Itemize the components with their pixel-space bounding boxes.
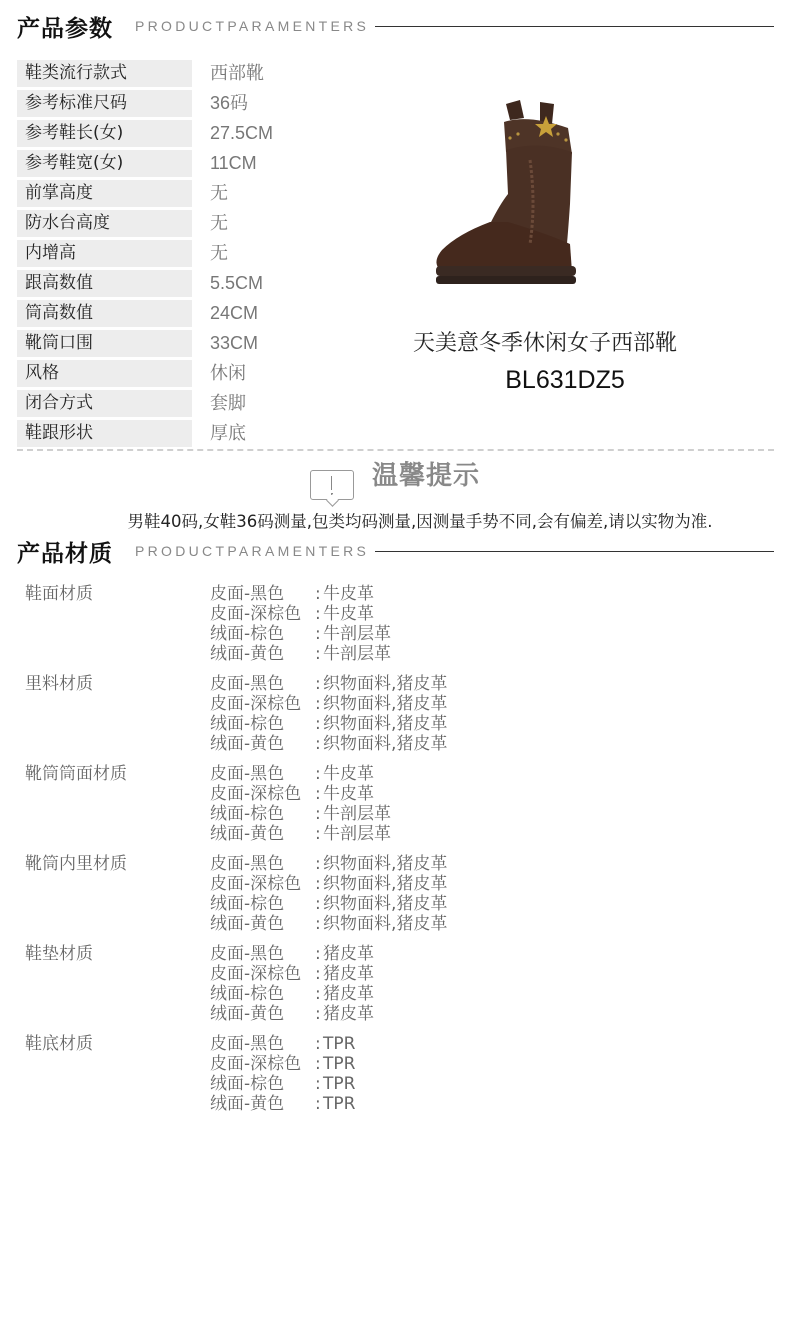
param-row: 前掌高度无 bbox=[17, 180, 377, 210]
param-label: 参考鞋长(女) bbox=[17, 120, 192, 147]
colon-separator: : bbox=[315, 1034, 323, 1054]
material-variant: 皮面-黑色 bbox=[210, 944, 315, 964]
param-value: 33CM bbox=[210, 330, 258, 360]
param-label: 鞋类流行款式 bbox=[17, 60, 192, 87]
material-line: 皮面-黑色:TPR bbox=[210, 1034, 355, 1054]
param-label: 靴筒口围 bbox=[17, 330, 192, 357]
materials-list: 鞋面材质皮面-黑色:牛皮革皮面-深棕色:牛皮革绒面-棕色:牛剖层革绒面-黄色:牛… bbox=[25, 584, 765, 1124]
material-group: 里料材质皮面-黑色:织物面料,猪皮革皮面-深棕色:织物面料,猪皮革绒面-棕色:织… bbox=[25, 674, 765, 754]
material-line: 皮面-深棕色:猪皮革 bbox=[210, 964, 374, 984]
material-value: TPR bbox=[323, 1034, 355, 1054]
colon-separator: : bbox=[315, 644, 323, 664]
param-value: 无 bbox=[210, 210, 228, 240]
material-value: 织物面料,猪皮革 bbox=[323, 914, 447, 934]
material-variant: 皮面-深棕色 bbox=[210, 874, 315, 894]
material-label: 里料材质 bbox=[25, 674, 210, 754]
material-line: 绒面-棕色:猪皮革 bbox=[210, 984, 374, 1004]
material-lines: 皮面-黑色:织物面料,猪皮革皮面-深棕色:织物面料,猪皮革绒面-棕色:织物面料,… bbox=[210, 854, 447, 934]
product-image-boot bbox=[428, 94, 588, 294]
params-section-subtitle: PRODUCTPARAMENTERS bbox=[135, 18, 369, 34]
param-row: 参考鞋宽(女)11CM bbox=[17, 150, 377, 180]
material-value: 织物面料,猪皮革 bbox=[323, 694, 447, 714]
param-value: 厚底 bbox=[210, 420, 246, 450]
dashed-divider bbox=[17, 449, 774, 451]
materials-section-header: 产品材质 PRODUCTPARAMENTERS bbox=[17, 533, 774, 569]
param-row: 鞋类流行款式西部靴 bbox=[17, 60, 377, 90]
material-line: 皮面-黑色:猪皮革 bbox=[210, 944, 374, 964]
material-label: 鞋底材质 bbox=[25, 1034, 210, 1114]
material-line: 绒面-棕色:牛剖层革 bbox=[210, 624, 391, 644]
material-variant: 皮面-深棕色 bbox=[210, 784, 315, 804]
colon-separator: : bbox=[315, 1054, 323, 1074]
material-value: 织物面料,猪皮革 bbox=[323, 714, 447, 734]
material-line: 绒面-黄色:牛剖层革 bbox=[210, 824, 391, 844]
material-variant: 绒面-棕色 bbox=[210, 984, 315, 1004]
colon-separator: : bbox=[315, 1074, 323, 1094]
material-lines: 皮面-黑色:猪皮革皮面-深棕色:猪皮革绒面-棕色:猪皮革绒面-黄色:猪皮革 bbox=[210, 944, 374, 1024]
material-line: 皮面-黑色:牛皮革 bbox=[210, 584, 391, 604]
material-label: 靴筒内里材质 bbox=[25, 854, 210, 934]
material-line: 绒面-棕色:牛剖层革 bbox=[210, 804, 391, 824]
material-label: 靴筒筒面材质 bbox=[25, 764, 210, 844]
material-group: 鞋垫材质皮面-黑色:猪皮革皮面-深棕色:猪皮革绒面-棕色:猪皮革绒面-黄色:猪皮… bbox=[25, 944, 765, 1024]
colon-separator: : bbox=[315, 714, 323, 734]
material-value: 织物面料,猪皮革 bbox=[323, 854, 447, 874]
material-variant: 皮面-黑色 bbox=[210, 1034, 315, 1054]
material-variant: 绒面-棕色 bbox=[210, 624, 315, 644]
colon-separator: : bbox=[315, 894, 323, 914]
param-row: 跟高数值5.5CM bbox=[17, 270, 377, 300]
material-line: 皮面-黑色:织物面料,猪皮革 bbox=[210, 854, 447, 874]
params-section-title: 产品参数 bbox=[17, 10, 113, 43]
tip-title: 温馨提示 bbox=[372, 455, 480, 492]
material-lines: 皮面-黑色:TPR皮面-深棕色:TPR绒面-棕色:TPR绒面-黄色:TPR bbox=[210, 1034, 355, 1114]
material-value: 织物面料,猪皮革 bbox=[323, 734, 447, 754]
params-table: 鞋类流行款式西部靴参考标准尺码36码参考鞋长(女)27.5CM参考鞋宽(女)11… bbox=[17, 60, 377, 450]
material-line: 皮面-深棕色:织物面料,猪皮革 bbox=[210, 874, 447, 894]
material-group: 鞋底材质皮面-黑色:TPR皮面-深棕色:TPR绒面-棕色:TPR绒面-黄色:TP… bbox=[25, 1034, 765, 1114]
material-line: 皮面-黑色:织物面料,猪皮革 bbox=[210, 674, 447, 694]
material-lines: 皮面-黑色:牛皮革皮面-深棕色:牛皮革绒面-棕色:牛剖层革绒面-黄色:牛剖层革 bbox=[210, 584, 391, 664]
param-value: 套脚 bbox=[210, 390, 246, 420]
material-label: 鞋垫材质 bbox=[25, 944, 210, 1024]
param-row: 内增高无 bbox=[17, 240, 377, 270]
param-value: 24CM bbox=[210, 300, 258, 330]
material-value: 牛剖层革 bbox=[323, 644, 391, 664]
material-value: 牛剖层革 bbox=[323, 804, 391, 824]
material-variant: 绒面-棕色 bbox=[210, 804, 315, 824]
material-value: 牛皮革 bbox=[323, 604, 374, 624]
colon-separator: : bbox=[315, 624, 323, 644]
material-variant: 皮面-黑色 bbox=[210, 764, 315, 784]
material-variant: 绒面-黄色 bbox=[210, 914, 315, 934]
material-line: 绒面-黄色:牛剖层革 bbox=[210, 644, 391, 664]
material-variant: 皮面-深棕色 bbox=[210, 604, 315, 624]
params-section-header: 产品参数 PRODUCTPARAMENTERS bbox=[17, 8, 774, 44]
material-value: 织物面料,猪皮革 bbox=[323, 894, 447, 914]
material-variant: 皮面-黑色 bbox=[210, 854, 315, 874]
colon-separator: : bbox=[315, 984, 323, 1004]
material-lines: 皮面-黑色:牛皮革皮面-深棕色:牛皮革绒面-棕色:牛剖层革绒面-黄色:牛剖层革 bbox=[210, 764, 391, 844]
param-value: 休闲 bbox=[210, 360, 246, 390]
material-value: TPR bbox=[323, 1094, 355, 1114]
param-row: 风格休闲 bbox=[17, 360, 377, 390]
material-line: 绒面-黄色:织物面料,猪皮革 bbox=[210, 914, 447, 934]
material-value: 猪皮革 bbox=[323, 1004, 374, 1024]
param-label: 参考标准尺码 bbox=[17, 90, 192, 117]
material-line: 绒面-黄色:猪皮革 bbox=[210, 1004, 374, 1024]
colon-separator: : bbox=[315, 854, 323, 874]
section-divider-line bbox=[375, 551, 774, 552]
material-value: 织物面料,猪皮革 bbox=[323, 674, 447, 694]
colon-separator: : bbox=[315, 824, 323, 844]
param-label: 内增高 bbox=[17, 240, 192, 267]
materials-section-subtitle: PRODUCTPARAMENTERS bbox=[135, 543, 369, 559]
param-label: 跟高数值 bbox=[17, 270, 192, 297]
param-row: 参考鞋长(女)27.5CM bbox=[17, 120, 377, 150]
material-value: TPR bbox=[323, 1054, 355, 1074]
param-value: 36码 bbox=[210, 90, 248, 120]
param-row: 靴筒口围33CM bbox=[17, 330, 377, 360]
material-line: 绒面-棕色:织物面料,猪皮革 bbox=[210, 714, 447, 734]
param-row: 鞋跟形状厚底 bbox=[17, 420, 377, 450]
param-label: 防水台高度 bbox=[17, 210, 192, 237]
product-name: 天美意冬季休闲女子西部靴 bbox=[380, 326, 710, 357]
param-label: 筒高数值 bbox=[17, 300, 192, 327]
colon-separator: : bbox=[315, 604, 323, 624]
param-row: 闭合方式套脚 bbox=[17, 390, 377, 420]
material-lines: 皮面-黑色:织物面料,猪皮革皮面-深棕色:织物面料,猪皮革绒面-棕色:织物面料,… bbox=[210, 674, 447, 754]
material-variant: 皮面-深棕色 bbox=[210, 964, 315, 984]
material-line: 绒面-黄色:TPR bbox=[210, 1094, 355, 1114]
material-value: 猪皮革 bbox=[323, 944, 374, 964]
colon-separator: : bbox=[315, 964, 323, 984]
material-variant: 绒面-黄色 bbox=[210, 1094, 315, 1114]
material-value: 织物面料,猪皮革 bbox=[323, 874, 447, 894]
material-line: 绒面-黄色:织物面料,猪皮革 bbox=[210, 734, 447, 754]
material-group: 靴筒筒面材质皮面-黑色:牛皮革皮面-深棕色:牛皮革绒面-棕色:牛剖层革绒面-黄色… bbox=[25, 764, 765, 844]
material-value: TPR bbox=[323, 1074, 355, 1094]
param-value: 11CM bbox=[210, 150, 257, 180]
material-value: 牛皮革 bbox=[323, 764, 374, 784]
param-row: 参考标准尺码36码 bbox=[17, 90, 377, 120]
product-code: BL631DZ5 bbox=[395, 366, 735, 395]
material-line: 皮面-深棕色:织物面料,猪皮革 bbox=[210, 694, 447, 714]
material-variant: 绒面-黄色 bbox=[210, 1004, 315, 1024]
material-value: 牛皮革 bbox=[323, 584, 374, 604]
param-value: 5.5CM bbox=[210, 270, 263, 300]
material-line: 绒面-棕色:TPR bbox=[210, 1074, 355, 1094]
colon-separator: : bbox=[315, 694, 323, 714]
material-line: 皮面-深棕色:牛皮革 bbox=[210, 784, 391, 804]
material-line: 皮面-深棕色:TPR bbox=[210, 1054, 355, 1074]
material-variant: 皮面-深棕色 bbox=[210, 1054, 315, 1074]
colon-separator: : bbox=[315, 804, 323, 824]
colon-separator: : bbox=[315, 734, 323, 754]
material-value: 猪皮革 bbox=[323, 964, 374, 984]
material-variant: 皮面-黑色 bbox=[210, 584, 315, 604]
material-value: 牛剖层革 bbox=[323, 624, 391, 644]
material-value: 猪皮革 bbox=[323, 984, 374, 1004]
material-line: 皮面-深棕色:牛皮革 bbox=[210, 604, 391, 624]
param-label: 前掌高度 bbox=[17, 180, 192, 207]
colon-separator: : bbox=[315, 784, 323, 804]
materials-section-title: 产品材质 bbox=[17, 535, 113, 568]
colon-separator: : bbox=[315, 584, 323, 604]
colon-separator: : bbox=[315, 1094, 323, 1114]
material-group: 靴筒内里材质皮面-黑色:织物面料,猪皮革皮面-深棕色:织物面料,猪皮革绒面-棕色… bbox=[25, 854, 765, 934]
param-row: 筒高数值24CM bbox=[17, 300, 377, 330]
material-group: 鞋面材质皮面-黑色:牛皮革皮面-深棕色:牛皮革绒面-棕色:牛剖层革绒面-黄色:牛… bbox=[25, 584, 765, 664]
material-variant: 绒面-黄色 bbox=[210, 824, 315, 844]
param-value: 无 bbox=[210, 240, 228, 270]
material-variant: 绒面-黄色 bbox=[210, 734, 315, 754]
param-label: 闭合方式 bbox=[17, 390, 192, 417]
tip-text: 男鞋40码,女鞋36码测量,包类均码测量,因测量手势不同,会有偏差,请以实物为准… bbox=[0, 508, 790, 532]
colon-separator: : bbox=[315, 764, 323, 784]
param-label: 鞋跟形状 bbox=[17, 420, 192, 447]
colon-separator: : bbox=[315, 914, 323, 934]
param-row: 防水台高度无 bbox=[17, 210, 377, 240]
material-value: 牛剖层革 bbox=[323, 824, 391, 844]
exclamation-speech-bubble-icon bbox=[310, 470, 354, 500]
section-divider-line bbox=[375, 26, 774, 27]
material-line: 绒面-棕色:织物面料,猪皮革 bbox=[210, 894, 447, 914]
material-variant: 绒面-棕色 bbox=[210, 1074, 315, 1094]
material-variant: 皮面-深棕色 bbox=[210, 694, 315, 714]
material-label: 鞋面材质 bbox=[25, 584, 210, 664]
param-value: 无 bbox=[210, 180, 228, 210]
material-value: 牛皮革 bbox=[323, 784, 374, 804]
colon-separator: : bbox=[315, 1004, 323, 1024]
material-variant: 绒面-棕色 bbox=[210, 894, 315, 914]
colon-separator: : bbox=[315, 944, 323, 964]
material-variant: 绒面-棕色 bbox=[210, 714, 315, 734]
param-label: 参考鞋宽(女) bbox=[17, 150, 192, 177]
material-variant: 皮面-黑色 bbox=[210, 674, 315, 694]
param-value: 西部靴 bbox=[210, 60, 264, 90]
param-label: 风格 bbox=[17, 360, 192, 387]
colon-separator: : bbox=[315, 674, 323, 694]
material-variant: 绒面-黄色 bbox=[210, 644, 315, 664]
param-value: 27.5CM bbox=[210, 120, 273, 150]
colon-separator: : bbox=[315, 874, 323, 894]
material-line: 皮面-黑色:牛皮革 bbox=[210, 764, 391, 784]
